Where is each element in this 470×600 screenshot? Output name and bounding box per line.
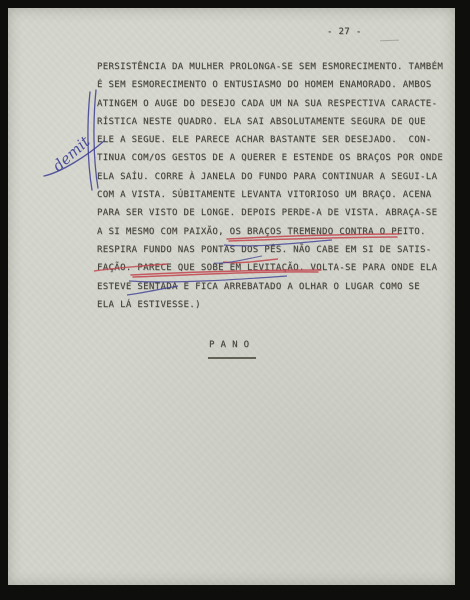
body-line: PERSISTÊNCIA DA MULHER PROLONGA-SE SEM E… xyxy=(97,58,417,76)
body-line: ATINGEM O AUGE DO DESEJO CADA UM NA SUA … xyxy=(97,95,417,113)
body-text: PERSISTÊNCIA DA MULHER PROLONGA-SE SEM E… xyxy=(97,58,417,314)
closing-underline xyxy=(208,357,256,359)
body-line: É SEM ESMORECIMENTO O ENTUSIASMO DO HOME… xyxy=(97,76,417,94)
body-line: COM A VISTA. SÚBITAMENTE LEVANTA VITORIO… xyxy=(97,186,417,204)
body-line: TINUA COM/OS GESTOS DE A QUERER E ESTEND… xyxy=(97,149,417,167)
body-line: ESTEVE SENTADA E FICA ARREBATADO A OLHAR… xyxy=(97,278,417,296)
body-line: FAÇÃO. PARECE QUE SOBE EM LEVITAÇÃO. VOL… xyxy=(97,259,417,277)
body-line: RÍSTICA NESTE QUADRO. ELA SAI ABSOLUTAME… xyxy=(97,113,417,131)
body-line: ELA SAÍU. CORRE À JANELA DO FUNDO PARA C… xyxy=(97,168,417,186)
body-line: PARA SER VISTO DE LONGE. DEPOIS PERDE-A … xyxy=(97,204,417,222)
page-number: - 27 - xyxy=(327,27,362,37)
body-line: ELE A SEGUE. ELE PARECE ACHAR BASTANTE S… xyxy=(97,131,417,149)
body-line: RESPIRA FUNDO NAS PONTAS DOS PÉS. NÃO CA… xyxy=(97,241,417,259)
scanned-typescript-page: - 27 - PERSISTÊNCIA DA MULHER PROLONGA-S… xyxy=(0,0,470,600)
body-line: ELA LÁ ESTIVESSE.) xyxy=(97,296,417,314)
closing-word: P A N O xyxy=(209,340,249,350)
body-line: A SI MESMO COM PAIXÃO, OS BRAÇOS TREMEND… xyxy=(97,223,417,241)
